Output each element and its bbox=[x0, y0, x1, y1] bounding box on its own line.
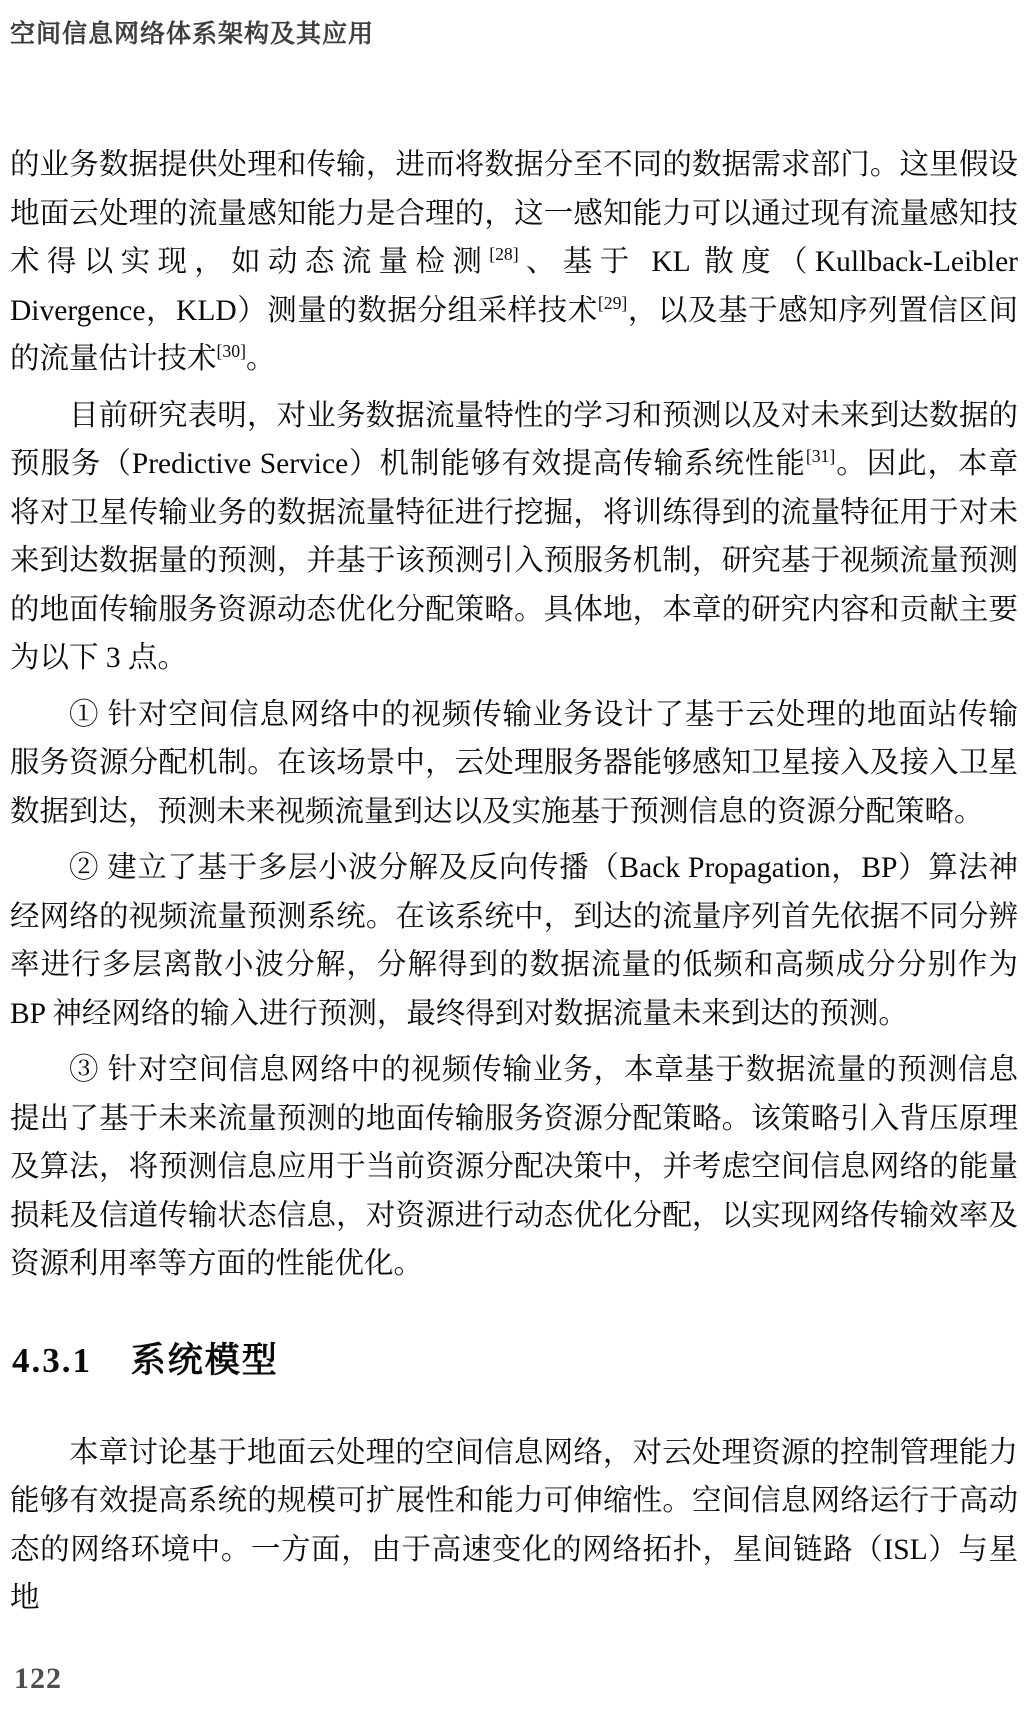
section-number: 4.3.1 bbox=[12, 1341, 92, 1380]
paragraph: ② 建立了基于多层小波分解及反向传播（Back Propagation，BP）算… bbox=[10, 844, 1018, 1038]
text-run: 。 bbox=[246, 343, 276, 375]
text-run: ② 建立了基于多层小波分解及反向传播（Back Propagation，BP）算… bbox=[10, 852, 1018, 1030]
text-run: 。因此，本章将对卫星传输业务的数据流量特征进行挖掘，将训练得到的流量特征用于对未… bbox=[10, 448, 1018, 674]
paragraph: 本章讨论基于地面云处理的空间信息网络，对云处理资源的控制管理能力能够有效提高系统… bbox=[10, 1429, 1018, 1623]
citation-ref: [30] bbox=[217, 341, 246, 361]
citation-ref: [31] bbox=[806, 446, 835, 466]
citation-ref: [29] bbox=[598, 293, 627, 313]
text-run: ③ 针对空间信息网络中的视频传输业务，本章基于数据流量的预测信息提出了基于未来流… bbox=[10, 1054, 1018, 1280]
section-title: 系统模型 bbox=[131, 1341, 279, 1380]
text-run: ① 针对空间信息网络中的视频传输业务设计了基于云处理的地面站传输服务资源分配机制… bbox=[10, 699, 1018, 828]
paragraph: ③ 针对空间信息网络中的视频传输业务，本章基于数据流量的预测信息提出了基于未来流… bbox=[10, 1046, 1018, 1289]
book-page: 空间信息网络体系架构及其应用 的业务数据提供处理和传输，进而将数据分至不同的数据… bbox=[0, 0, 1029, 1721]
content-after-heading: 本章讨论基于地面云处理的空间信息网络，对云处理资源的控制管理能力能够有效提高系统… bbox=[10, 1429, 1018, 1623]
paragraph: 目前研究表明，对业务数据流量特性的学习和预测以及对未来到达数据的预服务（Pred… bbox=[10, 392, 1018, 683]
running-header: 空间信息网络体系架构及其应用 bbox=[10, 14, 374, 50]
content-before-heading: 的业务数据提供处理和传输，进而将数据分至不同的数据需求部门。这里假设地面云处理的… bbox=[10, 141, 1018, 1289]
page-number: 122 bbox=[14, 1662, 62, 1696]
paragraph: 的业务数据提供处理和传输，进而将数据分至不同的数据需求部门。这里假设地面云处理的… bbox=[10, 141, 1018, 384]
section-heading: 4.3.1 系统模型 bbox=[12, 1335, 1018, 1387]
text-run: 本章讨论基于地面云处理的空间信息网络，对云处理资源的控制管理能力能够有效提高系统… bbox=[10, 1437, 1018, 1615]
paragraph: ① 针对空间信息网络中的视频传输业务设计了基于云处理的地面站传输服务资源分配机制… bbox=[10, 691, 1018, 837]
citation-ref: [28] bbox=[489, 244, 518, 264]
content-area: 的业务数据提供处理和传输，进而将数据分至不同的数据需求部门。这里假设地面云处理的… bbox=[10, 141, 1018, 1623]
